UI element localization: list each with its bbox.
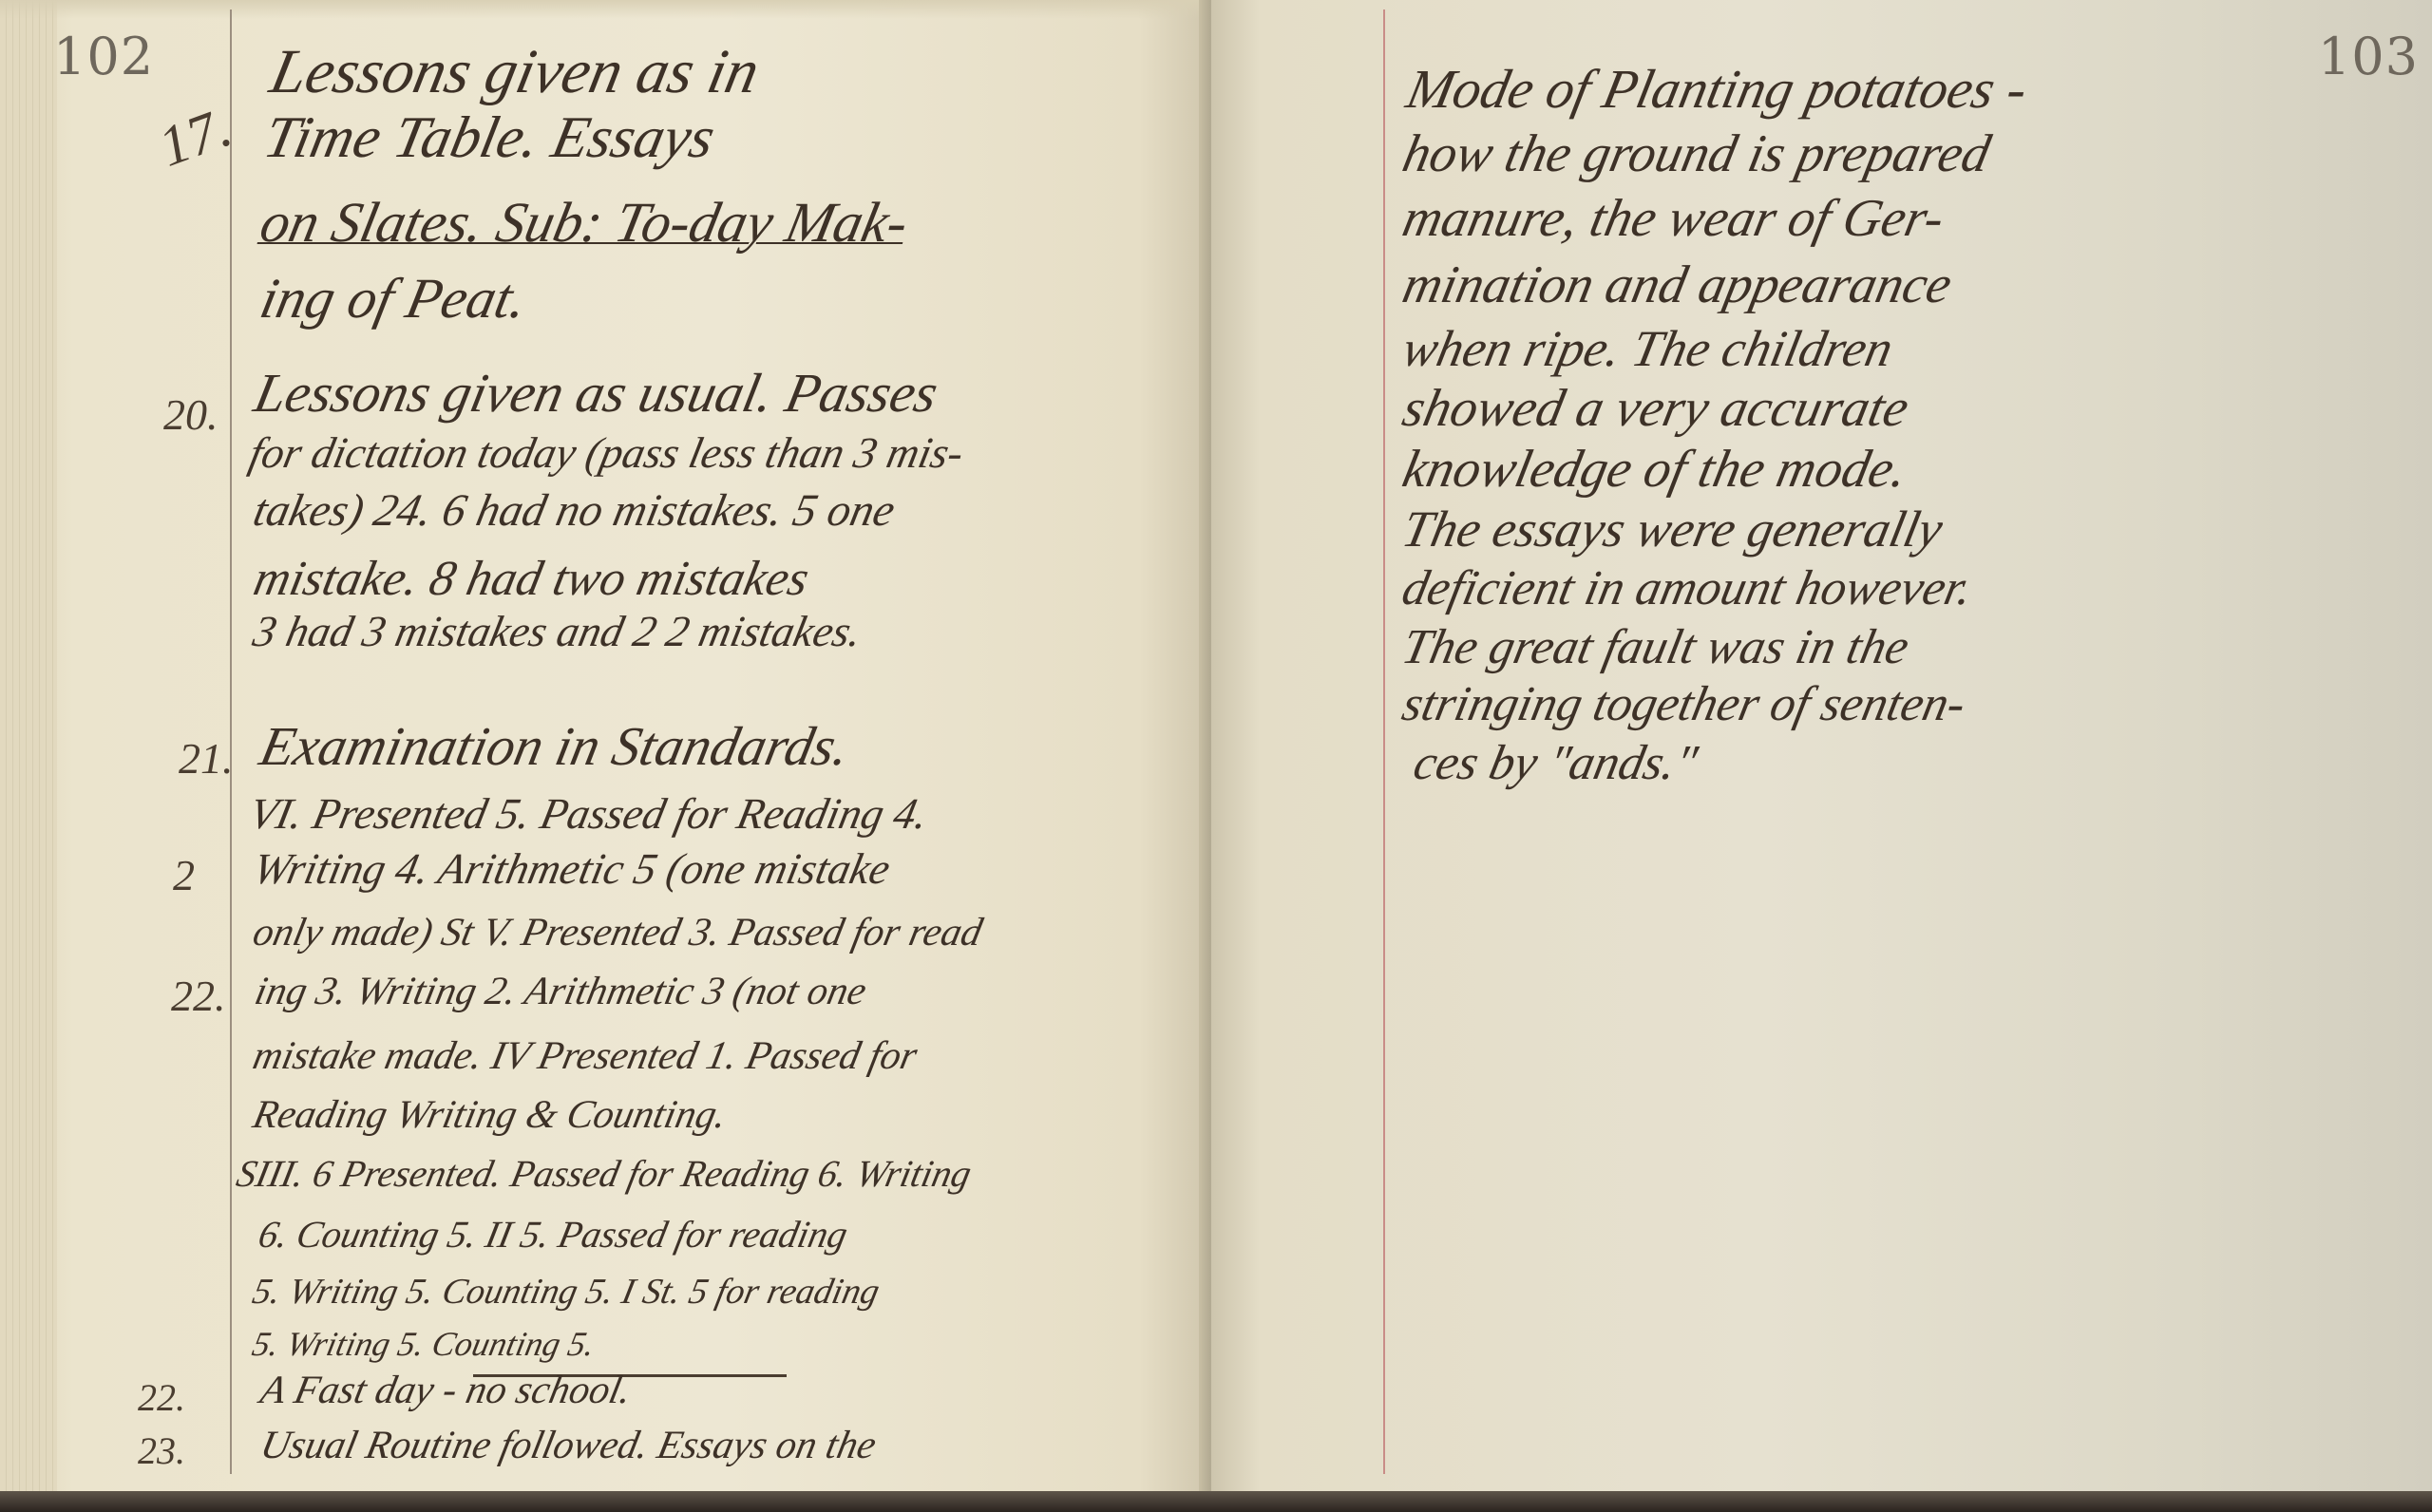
- margin-rule: [1383, 9, 1385, 1474]
- page-number: 103: [2318, 27, 2419, 86]
- entry-line: Usual Routine followed. Essays on the: [256, 1423, 880, 1468]
- entry-line: The essays were generally: [1397, 500, 1948, 558]
- entry-date: 23.: [138, 1428, 185, 1473]
- entry-line: VI. Presented 5. Passed for Reading 4.: [245, 788, 933, 839]
- entry-line: Examination in Standards.: [255, 714, 855, 778]
- entry-line: mistake. 8 had two mistakes: [249, 551, 814, 607]
- entry-line: ing of Peat.: [255, 266, 533, 331]
- entry-line: 5. Writing 5. Counting 5. I St. 5 for re…: [249, 1271, 883, 1313]
- entry-line: 3 had 3 mistakes and 2 2 mistakes.: [249, 606, 866, 656]
- entry-date: 22.: [138, 1375, 185, 1420]
- entry-line: stringing together of senten-: [1397, 676, 1970, 732]
- entry-line: Time Table. Essays: [258, 104, 720, 172]
- page-number: 102: [53, 27, 154, 86]
- entry-line: 5. Writing 5. Counting 5.: [249, 1324, 598, 1364]
- entry-date: 17.: [150, 94, 239, 180]
- page-shadow: [0, 0, 1211, 19]
- book-spread: 102 17. Lessons given as in Time Table. …: [0, 0, 2432, 1512]
- page-edges: [0, 0, 57, 1512]
- entry-line: on Slates. Sub: To-day Mak-: [255, 190, 914, 255]
- entry-line: Mode of Planting potatoes -: [1401, 57, 2033, 121]
- entry-date: 22.: [171, 971, 226, 1021]
- entry-line: 6. Counting 5. II 5. Passed for reading: [255, 1212, 851, 1257]
- entry-line: ces by "ands.": [1409, 735, 1702, 791]
- book-cover-edge: [0, 1491, 2432, 1512]
- entry-line: Writing 4. Arithmetic 5 (one mistake: [249, 843, 895, 894]
- entry-date: 21.: [179, 733, 234, 784]
- entry-line: knowledge of the mode.: [1397, 439, 1912, 500]
- entry-line: Lessons given as usual. Passes: [249, 361, 943, 425]
- entry-line: when ripe. The children: [1397, 319, 1898, 378]
- entry-line: only made) St V. Presented 3. Passed for…: [249, 910, 986, 955]
- entry-line: Lessons given as in: [264, 36, 766, 108]
- entry-line: ing 3. Writing 2. Arithmetic 3 (not one: [251, 969, 870, 1014]
- entry-line: deficient in amount however.: [1397, 560, 1977, 616]
- entry-line: Reading Writing & Counting.: [249, 1092, 731, 1138]
- entry-line: mination and appearance: [1397, 255, 1957, 315]
- entry-line: The great fault was in the: [1397, 619, 1914, 675]
- entry-line: takes) 24. 6 had no mistakes. 5 one: [249, 484, 900, 537]
- entry-line: mistake made. IV Presented 1. Passed for: [249, 1033, 921, 1079]
- entry-line: manure, the wear of Ger-: [1397, 188, 1949, 249]
- entry-line: SIII. 6 Presented. Passed for Reading 6.…: [233, 1151, 976, 1196]
- entry-date: 2: [173, 850, 195, 900]
- right-page: 103 Mode of Planting potatoes - how the …: [1211, 0, 2432, 1512]
- entry-line: how the ground is prepared: [1397, 123, 1996, 184]
- left-page: 102 17. Lessons given as in Time Table. …: [0, 0, 1211, 1512]
- entry-line: A Fast day - no school.: [256, 1368, 636, 1413]
- entry-date: 20.: [163, 389, 218, 440]
- entry-line: for dictation today (pass less than 3 mi…: [245, 427, 968, 478]
- entry-line: showed a very accurate: [1397, 378, 1914, 439]
